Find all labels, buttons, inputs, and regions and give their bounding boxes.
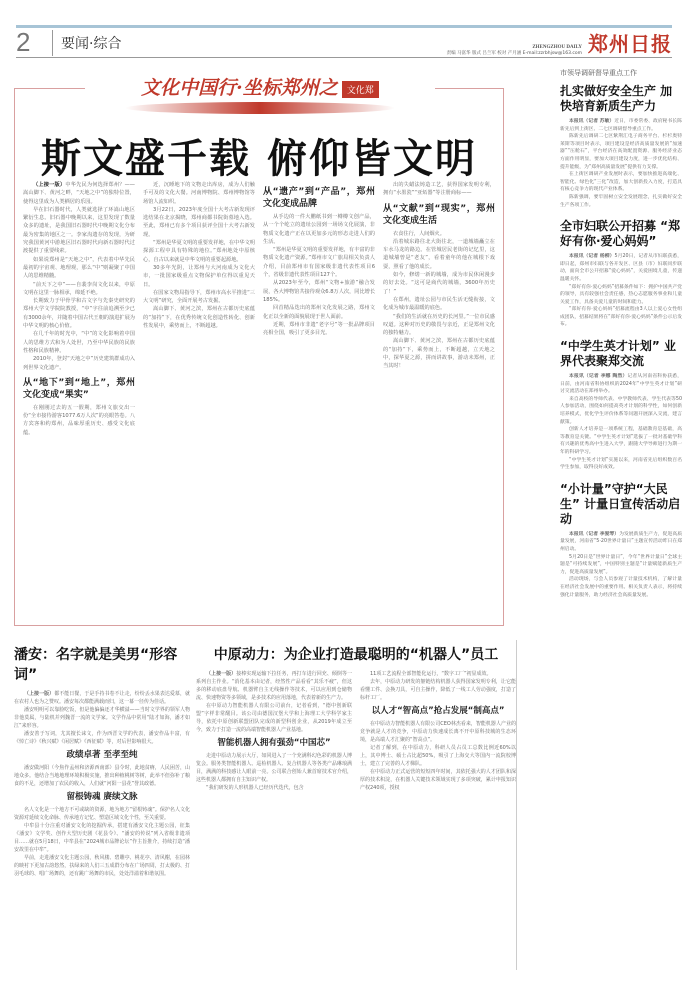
right-headline: 全市妇联公开招募 “郑好有你·爱心妈妈” <box>560 219 682 249</box>
masthead-logo: 郑州日报 <box>588 28 672 57</box>
page-number: 2 <box>16 27 52 58</box>
right-headline: 扎实做好安全生产 加快培育新质生产力 <box>560 84 682 114</box>
subheading: 智能机器人拥有强劲“中国芯” <box>196 739 352 747</box>
feature-article: 文化中国行·坐标郑州之文化郑 斯文盛千载 俯仰皆文明 （上接一版）中华先民为何选… <box>14 88 504 626</box>
panan-article: 潘安：名字就是美男“形容词” （上接一版）都不能日餐，于是手持书卷不让走，纷纷丢… <box>14 640 190 878</box>
feature-headline: 斯文盛千载 俯仰皆文明 <box>15 127 503 184</box>
right-article-4: “小计量”守护“大民生” 计量日宣传活动启动 本报讯（记者 李爱琴）为发展新质生… <box>560 482 682 599</box>
skyline-graphic <box>125 102 395 114</box>
right-column: 市领导调研督导重点工作 扎实做好安全生产 加快培育新质生产力 本报讯（记者 苏敏… <box>560 64 682 998</box>
kicker: 市领导调研督导重点工作 <box>560 68 682 78</box>
email: E-mail:zzrbhjsw@163.com <box>523 51 582 56</box>
robot-article: 中原动力：为企业打造最聪明的“机器人”员工 （上接一版）接棒实现运输下拉任务，再… <box>196 640 516 792</box>
subheading: 政绩卓著 至孝至纯 <box>14 751 190 759</box>
page-header: 2 要闻·综合 ZHENGZHOU DAILY 责编 马富华 版式 吕兰军 校对… <box>16 28 672 58</box>
feature-banner: 文化中国行·坐标郑州之文化郑 <box>85 73 435 121</box>
robot-col-b: 11项工艺流程全部智能化运行，“数字工厂”初显成效。 去年，中原动力研发的躯链结… <box>360 670 516 792</box>
editor-info: 责编 马富华 版式 吕兰军 校对 产月涵 <box>447 51 522 56</box>
right-article-1: 市领导调研督导重点工作 扎实做好安全生产 加快培育新质生产力 本报讯（记者 苏敏… <box>560 68 682 209</box>
right-headline: “小计量”守护“大民生” 计量日宣传活动启动 <box>560 482 682 527</box>
column-divider <box>516 640 517 970</box>
feature-col-3: 从“遗产”到“产品”，郑州文化变成品牌 从手边的一件大鹏纸书到一樽樽文创产品，从… <box>263 181 375 619</box>
subheading: 从“文献”到“现实”，郑州文化变成生活 <box>383 203 495 227</box>
panan-headline: 潘安：名字就是美男“形容词” <box>14 644 190 684</box>
header-divider <box>52 30 53 56</box>
robot-col-a: （上接一版）接棒实现运输下拉任务，再打车进行回充、倾倒等一系列自主作业。“消化基… <box>196 670 352 792</box>
feature-columns: （上接一版）中华先民为何选择郑州？——嵩山脚下、黄河之畔，“天地之中”的独特位置… <box>23 181 495 619</box>
right-article-3: “中学生英才计划” 业界代表聚郑交流 本报讯（记者 李娜 陶然）记者从河南省科协… <box>560 339 682 472</box>
subheading: 留根铸魂 赓续文脉 <box>14 793 190 801</box>
feature-col-2: 近，沉睡地下的文物走出库房，成为人们触手可及的文化大餐。河南博物院、郑州博物馆等… <box>143 181 255 619</box>
right-headline: “中学生英才计划” 业界代表聚郑交流 <box>560 339 682 369</box>
lead-label: （上接一版） <box>33 182 65 188</box>
feature-col-1: （上接一版）中华先民为何选择郑州？——嵩山脚下、黄河之畔，“天地之中”的独特位置… <box>23 181 135 619</box>
robot-headline: 中原动力：为企业打造最聪明的“机器人”员工 <box>196 644 516 664</box>
subheading: 以人才“智高点”抢占发展“制高点” <box>360 707 516 715</box>
right-article-2: 全市妇联公开招募 “郑好有你·爱心妈妈” 本报讯（记者 杨柳）5月20日，记者从… <box>560 219 682 329</box>
panan-body: （上接一版）都不能日餐，于是手持书卷不让走，纷纷丢水果表达爱慕，就在农村人也为之… <box>14 690 190 878</box>
feature-col-4: 出的失蜡法铸造工艺，获得国家发明专利，拥有“水墨瓷”“亚炻器”等注册商标—— 从… <box>383 181 495 619</box>
header-meta: ZHENGZHOU DAILY 责编 马富华 版式 吕兰军 校对 产月涵 E-m… <box>447 44 582 57</box>
english-name: ZHENGZHOU DAILY <box>447 44 582 51</box>
subheading: 从“地下”到“地上”，郑州文化变成“果实” <box>23 377 135 401</box>
section-name: 要闻·综合 <box>61 33 121 53</box>
banner-tag: 文化郑 <box>342 81 379 98</box>
banner-title: 文化中国行·坐标郑州之 <box>141 77 338 99</box>
header-right: ZHENGZHOU DAILY 责编 马富华 版式 吕兰军 校对 产月涵 E-m… <box>447 28 672 57</box>
subheading: 从“遗产”到“产品”，郑州文化变成品牌 <box>263 186 375 210</box>
